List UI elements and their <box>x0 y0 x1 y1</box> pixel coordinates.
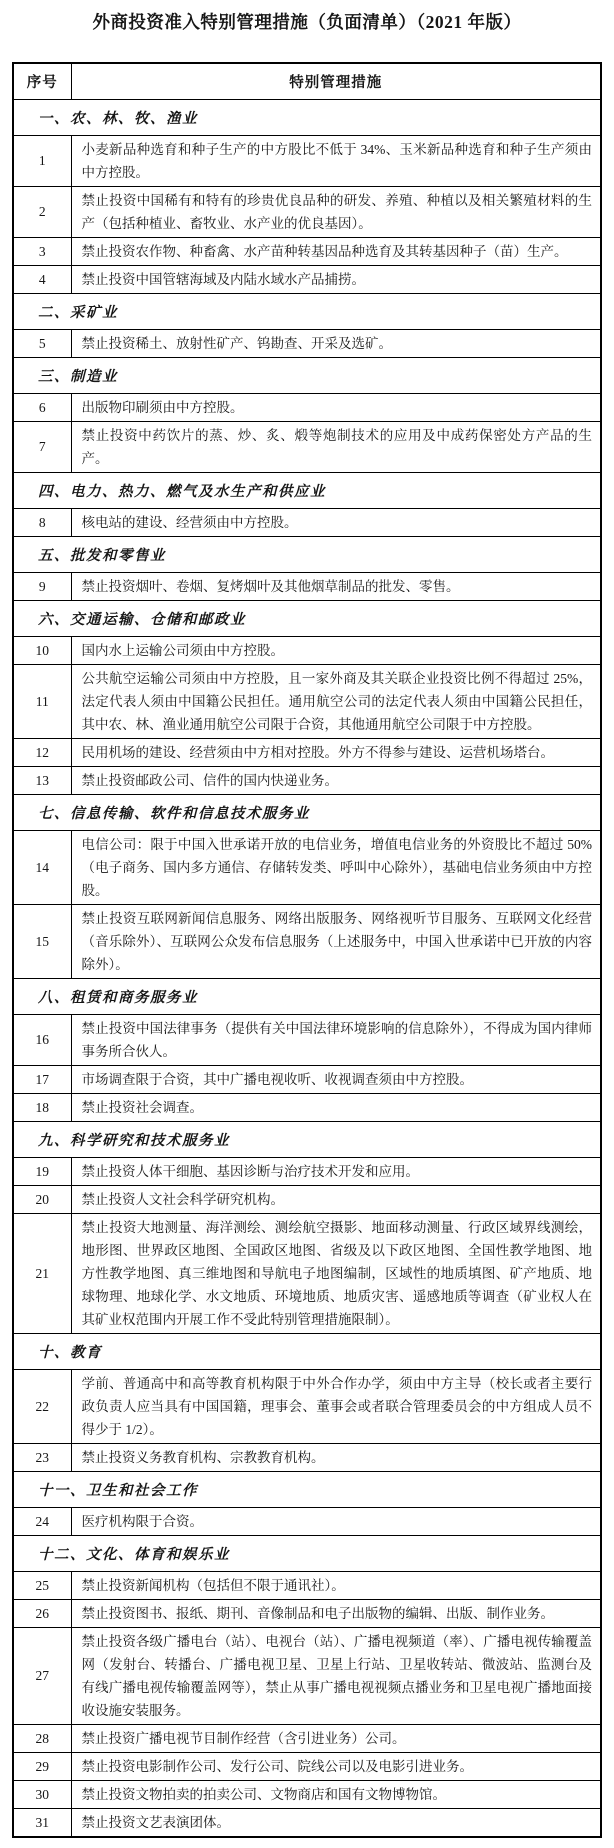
section-row: 三、制造业 <box>13 358 601 394</box>
measure-text: 禁止投资中国稀有和特有的珍贵优良品种的研发、养殖、种植以及相关繁殖材料的生产（包… <box>71 187 601 238</box>
table-row: 29禁止投资电影制作公司、发行公司、院线公司以及电影引进业务。 <box>13 1753 601 1781</box>
table-row: 15禁止投资互联网新闻信息服务、网络出版服务、网络视听节目服务、互联网文化经营（… <box>13 905 601 979</box>
document-page: 外商投资准入特别管理措施（负面清单）（2021 年版） 序号 特别管理措施 一、… <box>0 0 614 1838</box>
row-serial-number: 25 <box>13 1572 71 1600</box>
measure-text: 禁止投资文物拍卖的拍卖公司、文物商店和国有文物博物馆。 <box>71 1781 601 1809</box>
row-serial-number: 27 <box>13 1628 71 1725</box>
section-label: 四、电力、热力、燃气及水生产和供应业 <box>13 473 601 509</box>
row-serial-number: 1 <box>13 136 71 187</box>
row-serial-number: 24 <box>13 1508 71 1536</box>
measure-text: 禁止投资电影制作公司、发行公司、院线公司以及电影引进业务。 <box>71 1753 601 1781</box>
table-row: 8核电站的建设、经营须由中方控股。 <box>13 509 601 537</box>
table-row: 1小麦新品种选育和种子生产的中方股比不低于 34%、玉米新品种选育和种子生产须由… <box>13 136 601 187</box>
measure-text: 禁止投资文艺表演团体。 <box>71 1809 601 1838</box>
row-serial-number: 23 <box>13 1444 71 1472</box>
table-row: 3禁止投资农作物、种畜禽、水产苗种转基因品种选育及其转基因种子（苗）生产。 <box>13 238 601 266</box>
measure-text: 市场调查限于合资，其中广播电视收听、收视调查须由中方控股。 <box>71 1066 601 1094</box>
measure-text: 禁止投资社会调查。 <box>71 1094 601 1122</box>
row-serial-number: 7 <box>13 422 71 473</box>
measure-text: 核电站的建设、经营须由中方控股。 <box>71 509 601 537</box>
section-label: 十二、文化、体育和娱乐业 <box>13 1536 601 1572</box>
table-row: 28禁止投资广播电视节目制作经营（含引进业务）公司。 <box>13 1725 601 1753</box>
row-serial-number: 26 <box>13 1600 71 1628</box>
row-serial-number: 8 <box>13 509 71 537</box>
row-serial-number: 4 <box>13 266 71 294</box>
section-row: 一、农、林、牧、渔业 <box>13 100 601 136</box>
measure-text: 禁止投资新闻机构（包括但不限于通讯社）。 <box>71 1572 601 1600</box>
measure-text: 医疗机构限于合资。 <box>71 1508 601 1536</box>
section-row: 十、教育 <box>13 1334 601 1370</box>
measure-text: 禁止投资稀土、放射性矿产、钨勘查、开采及选矿。 <box>71 330 601 358</box>
row-serial-number: 12 <box>13 739 71 767</box>
table-row: 4禁止投资中国管辖海域及内陆水域水产品捕捞。 <box>13 266 601 294</box>
row-serial-number: 21 <box>13 1214 71 1334</box>
row-serial-number: 15 <box>13 905 71 979</box>
measure-text: 禁止投资各级广播电台（站）、电视台（站）、广播电视频道（率）、广播电视传输覆盖网… <box>71 1628 601 1725</box>
row-serial-number: 11 <box>13 665 71 739</box>
section-label: 六、交通运输、仓储和邮政业 <box>13 601 601 637</box>
section-row: 二、采矿业 <box>13 294 601 330</box>
measure-text: 禁止投资中国管辖海域及内陆水域水产品捕捞。 <box>71 266 601 294</box>
measure-text: 禁止投资互联网新闻信息服务、网络出版服务、网络视听节目服务、互联网文化经营（音乐… <box>71 905 601 979</box>
table-row: 9禁止投资烟叶、卷烟、复烤烟叶及其他烟草制品的批发、零售。 <box>13 573 601 601</box>
column-header-measures: 特别管理措施 <box>71 63 601 100</box>
table-row: 10国内水上运输公司须由中方控股。 <box>13 637 601 665</box>
table-row: 7禁止投资中药饮片的蒸、炒、炙、煅等炮制技术的应用及中成药保密处方产品的生产。 <box>13 422 601 473</box>
table-row: 2禁止投资中国稀有和特有的珍贵优良品种的研发、养殖、种植以及相关繁殖材料的生产（… <box>13 187 601 238</box>
table-row: 21禁止投资大地测量、海洋测绘、测绘航空摄影、地面移动测量、行政区域界线测绘，地… <box>13 1214 601 1334</box>
table-row: 13禁止投资邮政公司、信件的国内快递业务。 <box>13 767 601 795</box>
row-serial-number: 5 <box>13 330 71 358</box>
measure-text: 禁止投资大地测量、海洋测绘、测绘航空摄影、地面移动测量、行政区域界线测绘，地形图… <box>71 1214 601 1334</box>
measure-text: 禁止投资中国法律事务（提供有关中国法律环境影响的信息除外），不得成为国内律师事务… <box>71 1015 601 1066</box>
table-row: 30禁止投资文物拍卖的拍卖公司、文物商店和国有文物博物馆。 <box>13 1781 601 1809</box>
table-row: 16禁止投资中国法律事务（提供有关中国法律环境影响的信息除外），不得成为国内律师… <box>13 1015 601 1066</box>
section-row: 六、交通运输、仓储和邮政业 <box>13 601 601 637</box>
row-serial-number: 31 <box>13 1809 71 1838</box>
table-row: 24医疗机构限于合资。 <box>13 1508 601 1536</box>
row-serial-number: 22 <box>13 1370 71 1444</box>
measure-text: 禁止投资图书、报纸、期刊、音像制品和电子出版物的编辑、出版、制作业务。 <box>71 1600 601 1628</box>
section-row: 十二、文化、体育和娱乐业 <box>13 1536 601 1572</box>
page-title: 外商投资准入特别管理措施（负面清单）（2021 年版） <box>0 9 614 34</box>
measure-text: 禁止投资人体干细胞、基因诊断与治疗技术开发和应用。 <box>71 1158 601 1186</box>
measure-text: 禁止投资中药饮片的蒸、炒、炙、煅等炮制技术的应用及中成药保密处方产品的生产。 <box>71 422 601 473</box>
table-row: 5禁止投资稀土、放射性矿产、钨勘查、开采及选矿。 <box>13 330 601 358</box>
measure-text: 民用机场的建设、经营须由中方相对控股。外方不得参与建设、运营机场塔台。 <box>71 739 601 767</box>
measure-text: 出版物印刷须由中方控股。 <box>71 394 601 422</box>
negative-list-table: 序号 特别管理措施 一、农、林、牧、渔业1小麦新品种选育和种子生产的中方股比不低… <box>12 62 602 1838</box>
row-serial-number: 14 <box>13 831 71 905</box>
header-row: 序号 特别管理措施 <box>13 63 601 100</box>
row-serial-number: 10 <box>13 637 71 665</box>
section-label: 八、租赁和商务服务业 <box>13 979 601 1015</box>
table-row: 6出版物印刷须由中方控股。 <box>13 394 601 422</box>
section-row: 七、信息传输、软件和信息技术服务业 <box>13 795 601 831</box>
table-row: 27禁止投资各级广播电台（站）、电视台（站）、广播电视频道（率）、广播电视传输覆… <box>13 1628 601 1725</box>
section-row: 八、租赁和商务服务业 <box>13 979 601 1015</box>
section-label: 十、教育 <box>13 1334 601 1370</box>
row-serial-number: 17 <box>13 1066 71 1094</box>
row-serial-number: 20 <box>13 1186 71 1214</box>
table-row: 18禁止投资社会调查。 <box>13 1094 601 1122</box>
row-serial-number: 16 <box>13 1015 71 1066</box>
section-label: 十一、卫生和社会工作 <box>13 1472 601 1508</box>
column-header-serial-no: 序号 <box>13 63 71 100</box>
row-serial-number: 2 <box>13 187 71 238</box>
measure-text: 禁止投资义务教育机构、宗教教育机构。 <box>71 1444 601 1472</box>
table-row: 25禁止投资新闻机构（包括但不限于通讯社）。 <box>13 1572 601 1600</box>
table-row: 17市场调查限于合资，其中广播电视收听、收视调查须由中方控股。 <box>13 1066 601 1094</box>
measure-text: 禁止投资邮政公司、信件的国内快递业务。 <box>71 767 601 795</box>
section-label: 一、农、林、牧、渔业 <box>13 100 601 136</box>
table-row: 20禁止投资人文社会科学研究机构。 <box>13 1186 601 1214</box>
section-label: 二、采矿业 <box>13 294 601 330</box>
section-row: 十一、卫生和社会工作 <box>13 1472 601 1508</box>
table-row: 14电信公司：限于中国入世承诺开放的电信业务，增值电信业务的外资股比不超过 50… <box>13 831 601 905</box>
measure-text: 学前、普通高中和高等教育机构限于中外合作办学，须由中方主导（校长或者主要行政负责… <box>71 1370 601 1444</box>
row-serial-number: 13 <box>13 767 71 795</box>
measure-text: 小麦新品种选育和种子生产的中方股比不低于 34%、玉米新品种选育和种子生产须由中… <box>71 136 601 187</box>
section-label: 九、科学研究和技术服务业 <box>13 1122 601 1158</box>
section-row: 五、批发和零售业 <box>13 537 601 573</box>
row-serial-number: 28 <box>13 1725 71 1753</box>
table-row: 22学前、普通高中和高等教育机构限于中外合作办学，须由中方主导（校长或者主要行政… <box>13 1370 601 1444</box>
table-row: 11公共航空运输公司须由中方控股，且一家外商及其关联企业投资比例不得超过 25%… <box>13 665 601 739</box>
measure-text: 电信公司：限于中国入世承诺开放的电信业务，增值电信业务的外资股比不超过 50%（… <box>71 831 601 905</box>
measure-text: 禁止投资烟叶、卷烟、复烤烟叶及其他烟草制品的批发、零售。 <box>71 573 601 601</box>
section-label: 七、信息传输、软件和信息技术服务业 <box>13 795 601 831</box>
measure-text: 公共航空运输公司须由中方控股，且一家外商及其关联企业投资比例不得超过 25%，法… <box>71 665 601 739</box>
table-row: 12民用机场的建设、经营须由中方相对控股。外方不得参与建设、运营机场塔台。 <box>13 739 601 767</box>
table-row: 19禁止投资人体干细胞、基因诊断与治疗技术开发和应用。 <box>13 1158 601 1186</box>
section-label: 五、批发和零售业 <box>13 537 601 573</box>
section-label: 三、制造业 <box>13 358 601 394</box>
row-serial-number: 29 <box>13 1753 71 1781</box>
measure-text: 禁止投资广播电视节目制作经营（含引进业务）公司。 <box>71 1725 601 1753</box>
row-serial-number: 30 <box>13 1781 71 1809</box>
row-serial-number: 9 <box>13 573 71 601</box>
table-row: 26禁止投资图书、报纸、期刊、音像制品和电子出版物的编辑、出版、制作业务。 <box>13 1600 601 1628</box>
measure-text: 国内水上运输公司须由中方控股。 <box>71 637 601 665</box>
measure-text: 禁止投资人文社会科学研究机构。 <box>71 1186 601 1214</box>
row-serial-number: 19 <box>13 1158 71 1186</box>
section-row: 四、电力、热力、燃气及水生产和供应业 <box>13 473 601 509</box>
table-row: 31禁止投资文艺表演团体。 <box>13 1809 601 1838</box>
row-serial-number: 18 <box>13 1094 71 1122</box>
row-serial-number: 3 <box>13 238 71 266</box>
table-body: 一、农、林、牧、渔业1小麦新品种选育和种子生产的中方股比不低于 34%、玉米新品… <box>13 100 601 1838</box>
row-serial-number: 6 <box>13 394 71 422</box>
table-row: 23禁止投资义务教育机构、宗教教育机构。 <box>13 1444 601 1472</box>
section-row: 九、科学研究和技术服务业 <box>13 1122 601 1158</box>
measure-text: 禁止投资农作物、种畜禽、水产苗种转基因品种选育及其转基因种子（苗）生产。 <box>71 238 601 266</box>
